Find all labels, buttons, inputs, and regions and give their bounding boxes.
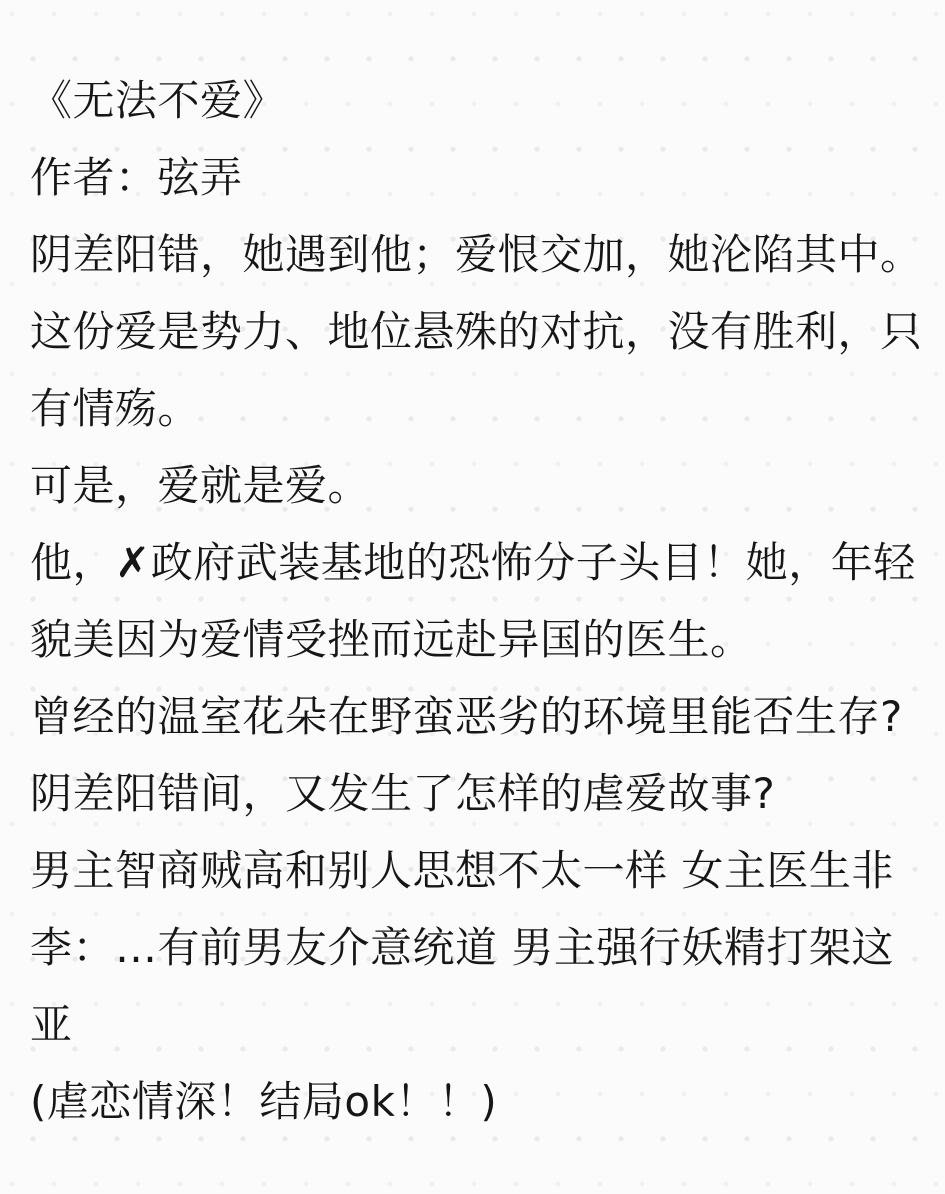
synopsis-line-3: 有情殇。 <box>30 370 925 447</box>
synopsis-line-8: 阴差阳错间，又发生了怎样的虐爱故事? <box>30 755 925 832</box>
review-line-3: 亚 <box>30 986 925 1063</box>
synopsis-line-7: 曾经的温室花朵在野蛮恶劣的环境里能否生存? <box>30 678 925 755</box>
ending-note-line: (虐恋情深！结局ok！！) <box>30 1063 925 1140</box>
synopsis-line-1: 阴差阳错，她遇到他；爱恨交加，她沦陷其中。 <box>30 216 925 293</box>
author-line: 作者：弦弄 <box>30 139 925 216</box>
review-line-2: 李：…有前男友介意统道 男主强行妖精打架这 <box>30 909 925 986</box>
book-intro-page: 《无法不爱》 作者：弦弄 阴差阳错，她遇到他；爱恨交加，她沦陷其中。 这份爱是势… <box>0 0 945 1140</box>
review-line-1: 男主智商贼高和别人思想不太一样 女主医生非 <box>30 832 925 909</box>
synopsis-line-5: 他，✗政府武装基地的恐怖分子头目！她，年轻 <box>30 524 925 601</box>
book-title: 《无法不爱》 <box>30 62 925 139</box>
synopsis-line-4: 可是，爱就是爱。 <box>30 447 925 524</box>
synopsis-line-2: 这份爱是势力、地位悬殊的对抗，没有胜利，只 <box>30 293 925 370</box>
synopsis-line-6: 貌美因为爱情受挫而远赴异国的医生。 <box>30 601 925 678</box>
